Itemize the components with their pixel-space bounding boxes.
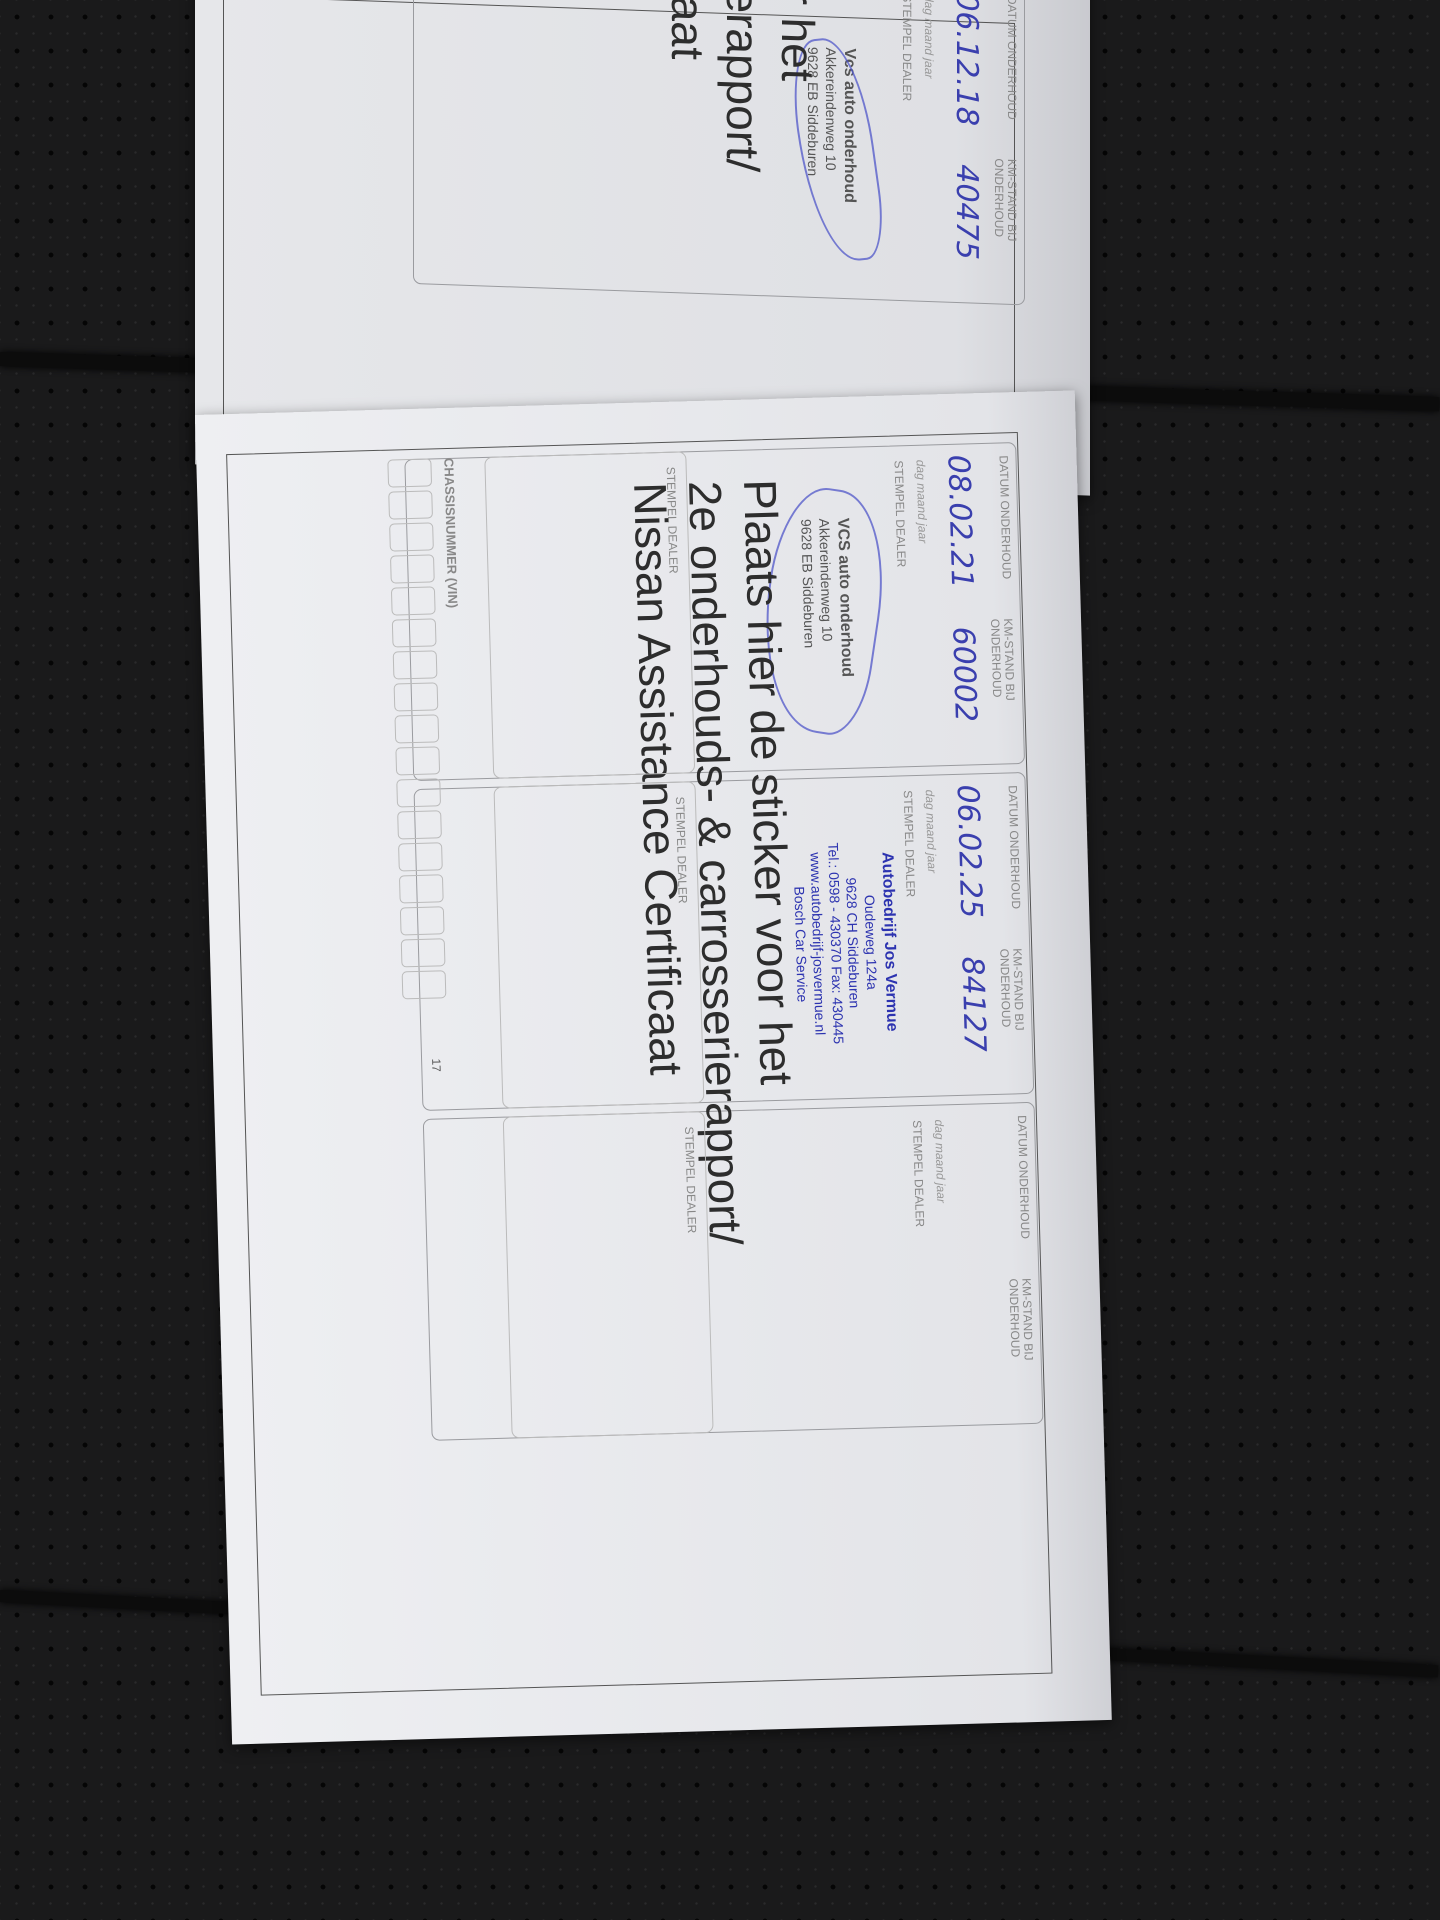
stempel-label: STEMPEL DEALER [901,790,918,897]
km-header: KM-STAND BIJ ONDERHOUD [997,948,1027,1094]
stamp-box: STEMPEL DEALER [503,1111,714,1439]
date-header: DATUM ONDERHOUD [996,455,1013,579]
service-km: 40475 [949,164,984,261]
stamp-box: STEMPEL DEALER [484,451,695,779]
km-header: KM-STAND BIJ ONDERHOUD [1006,1278,1036,1424]
date-header: DATUM ONDERHOUD [1015,1115,1032,1239]
date-subheader: dag maand jaar [923,789,939,873]
service-km: 84127 [954,956,992,1052]
sticker-instruction-prev: voor het serierapport/ rtificaat [659,0,825,175]
stempel-label: STEMPEL DEALER [664,467,681,574]
date-header: DATUM ONDERHOUD [1005,785,1022,909]
date-header: DATUM ONDERHOUD [1005,0,1018,120]
overlay-line: serierapport/ [715,0,770,173]
stempel-label: STEMPEL DEALER [673,796,690,903]
date-subheader: dag maand jaar [932,1119,948,1203]
overlay-line: rtificaat [659,0,714,171]
km-header: KM-STAND BIJ ONDERHOUD [992,158,1018,304]
service-km: 60002 [945,626,983,722]
stempel-label: STEMPEL DEALER [900,0,914,101]
dealer-stamp: Autobedrijf Jos Vermue Oudeweg 124a 9628… [788,807,903,1080]
booklet-current-page: DATUM ONDERHOUD KM-STAND BIJ ONDERHOUD 0… [195,390,1112,1744]
stempel-label: STEMPEL DEALER [892,460,909,567]
page-number: 17 [429,1058,443,1072]
service-date: 06.12.18 [949,0,984,127]
km-header: KM-STAND BIJ ONDERHOUD [988,618,1018,764]
stempel-label: STEMPEL DEALER [910,1120,927,1227]
stempel-label: STEMPEL DEALER [682,1126,699,1233]
overlay-line: voor het [770,0,825,175]
service-date: 06.02.25 [950,784,989,919]
date-subheader: dag maand jaar [914,460,930,544]
stamp-box: STEMPEL DEALER [493,781,704,1109]
service-date: 08.02.21 [940,454,979,589]
date-subheader: dag maand jaar [922,0,936,79]
